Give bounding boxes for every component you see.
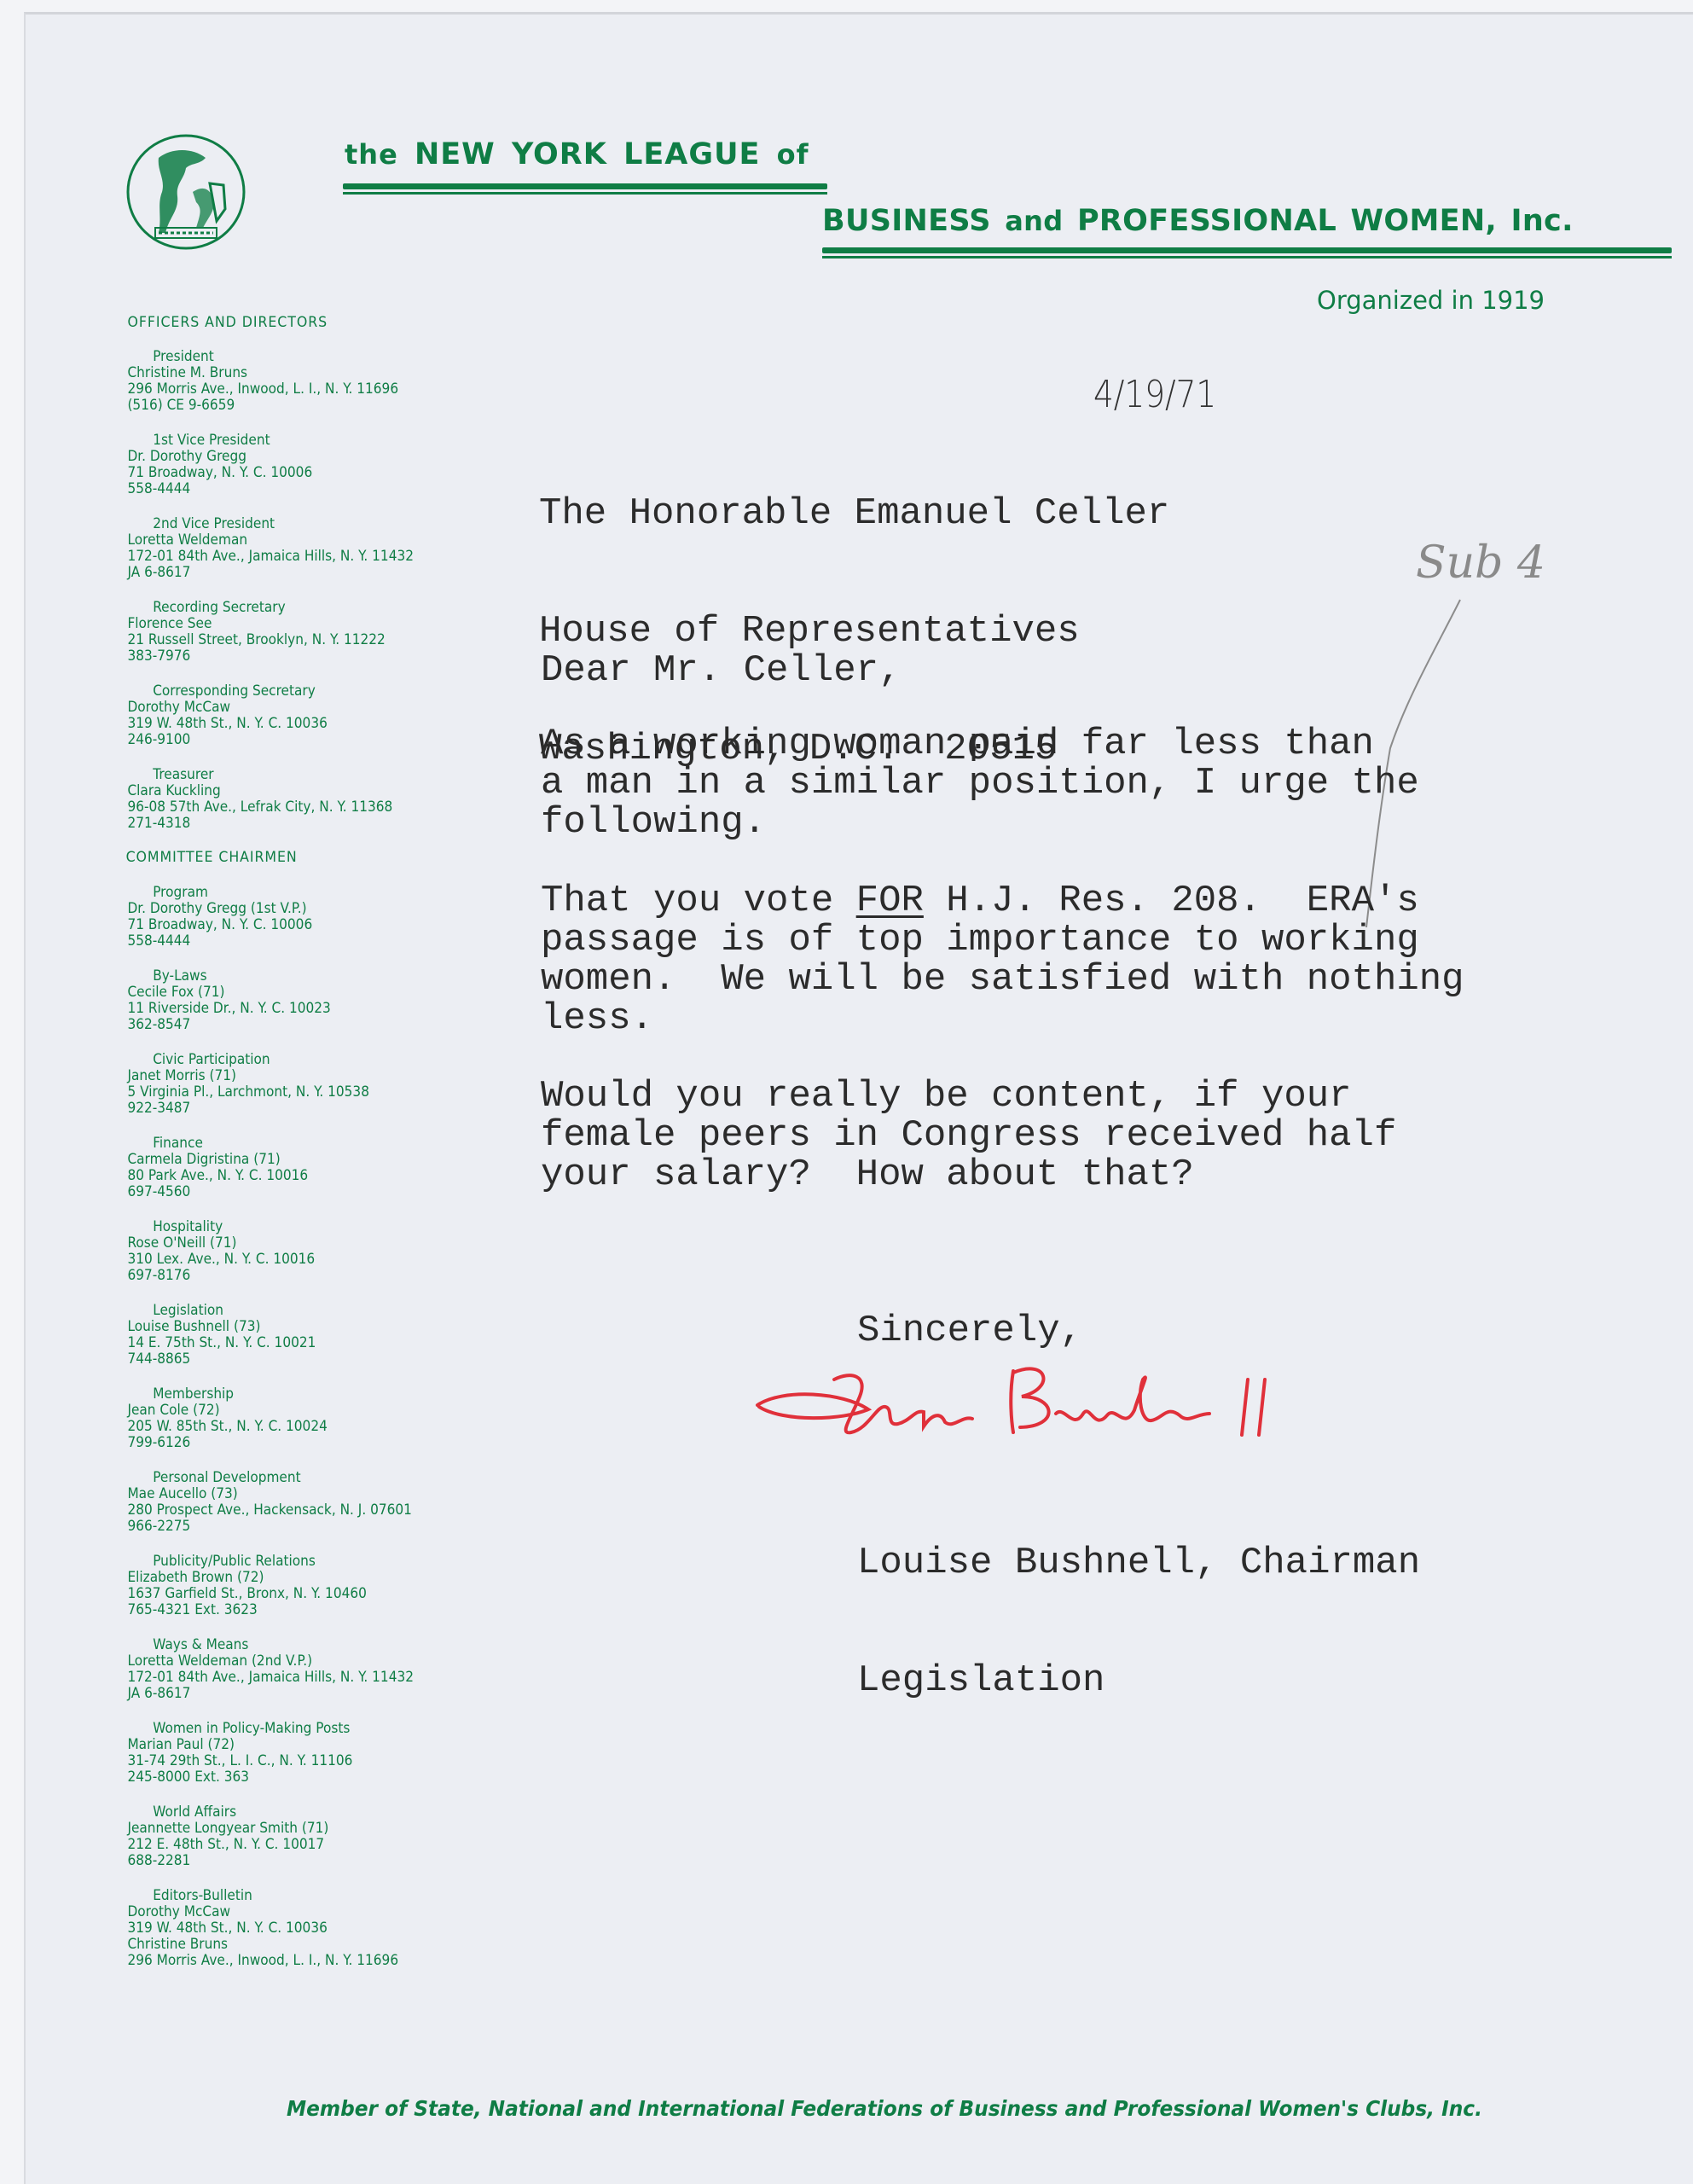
entry-phone: 744-8865	[127, 1350, 494, 1367]
entry-phone: 688-2281	[127, 1852, 494, 1868]
entry-role: 1st Vice President	[153, 432, 494, 448]
entry-role: Publicity/Public Relations	[153, 1553, 494, 1569]
entry-address: 319 W. 48th St., N. Y. C. 10036	[127, 715, 494, 731]
entry-address: 21 Russell Street, Brooklyn, N. Y. 11222	[127, 631, 494, 648]
entry-name: Jean Cole (72)	[127, 1402, 494, 1418]
entry-role: Civic Participation	[153, 1051, 494, 1067]
entry-address: 71 Broadway, N. Y. C. 10006	[127, 464, 494, 480]
entry-name: Christine M. Bruns	[127, 364, 494, 380]
entry-address: 205 W. 85th St., N. Y. C. 10024	[127, 1418, 494, 1434]
entry-phone: 922-3487	[127, 1100, 494, 1116]
entry-role: Corresponding Secretary	[153, 682, 494, 699]
entry-name: Rose O'Neill (71)	[127, 1234, 494, 1251]
emphasis-for: FOR	[856, 880, 924, 922]
entry-name: Jeannette Longyear Smith (71)	[127, 1820, 494, 1836]
editors-line: 296 Morris Ave., Inwood, L. I., N. Y. 11…	[127, 1952, 494, 1968]
entry-address: 310 Lex. Ave., N. Y. C. 10016	[127, 1251, 494, 1267]
entry-name: Carmela Digristina (71)	[127, 1151, 494, 1167]
org-prefix: the	[345, 138, 398, 171]
entry-phone: 697-8176	[127, 1267, 494, 1283]
entry-name: Dorothy McCaw	[127, 699, 494, 715]
org-name-line2: BUSINESS and PROFESSIONAL WOMEN, Inc.	[822, 204, 1574, 238]
entry-name: Loretta Weldeman	[127, 531, 494, 548]
signer-block: Louise Bushnell, Chairman Legislation	[857, 1465, 1420, 1779]
editors-role: Editors-Bulletin	[153, 1887, 494, 1903]
entry-phone: 558-4444	[127, 932, 494, 949]
sidebar-entry: 2nd Vice PresidentLoretta Weldeman172-01…	[127, 515, 494, 580]
salutation: Dear Mr. Celler,	[541, 651, 901, 690]
sidebar-entry: PresidentChristine M. Bruns296 Morris Av…	[127, 348, 494, 413]
paragraph-3: Would you really be content, if your fem…	[541, 1077, 1396, 1194]
entry-name: Cecile Fox (71)	[127, 984, 494, 1000]
entry-name: Dr. Dorothy Gregg (1st V.P.)	[127, 900, 494, 916]
closing: Sincerely,	[857, 1311, 1082, 1350]
entry-role: Membership	[153, 1385, 494, 1402]
sidebar-entry: Women in Policy-Making PostsMarian Paul …	[127, 1720, 494, 1785]
paragraph-1: As a working woman paid far less than a …	[541, 724, 1419, 842]
entry-phone: (516) CE 9-6659	[127, 397, 494, 413]
sidebar-entry: MembershipJean Cole (72)205 W. 85th St.,…	[127, 1385, 494, 1450]
entry-address: 1637 Garfield St., Bronx, N. Y. 10460	[127, 1585, 494, 1601]
entry-role: Ways & Means	[153, 1636, 494, 1653]
editors-entry: Editors-Bulletin Dorothy McCaw 319 W. 48…	[127, 1887, 494, 1968]
entry-address: 296 Morris Ave., Inwood, L. I., N. Y. 11…	[127, 380, 494, 397]
entry-address: 212 E. 48th St., N. Y. C. 10017	[127, 1836, 494, 1852]
entry-address: 11 Riverside Dr., N. Y. C. 10023	[127, 1000, 494, 1016]
entry-name: Mae Aucello (73)	[127, 1485, 494, 1501]
entry-address: 280 Prospect Ave., Hackensack, N. J. 076…	[127, 1501, 494, 1518]
entry-name: Florence See	[127, 615, 494, 631]
signer-name-title: Louise Bushnell, Chairman	[857, 1543, 1420, 1583]
entry-role: Personal Development	[153, 1469, 494, 1485]
org-name-line1: the NEW YORK LEAGUE of	[345, 137, 809, 171]
recipient-line: House of Representatives	[539, 612, 1169, 651]
entry-name: Elizabeth Brown (72)	[127, 1569, 494, 1585]
entry-role: Hospitality	[153, 1218, 494, 1234]
entry-role: Recording Secretary	[153, 599, 494, 615]
entry-address: 5 Virginia Pl., Larchmont, N. Y. 10538	[127, 1083, 494, 1100]
entry-address: 71 Broadway, N. Y. C. 10006	[127, 916, 494, 932]
entry-phone: 245-8000 Ext. 363	[127, 1769, 494, 1785]
org-line2-b: PROFESSIONAL WOMEN, Inc.	[1077, 204, 1574, 238]
sidebar-entry: ProgramDr. Dorothy Gregg (1st V.P.)71 Br…	[127, 884, 494, 949]
header-rule-top	[343, 183, 827, 195]
sidebar-entry: TreasurerClara Kuckling96-08 57th Ave., …	[127, 766, 494, 831]
sidebar-entry: Ways & MeansLoretta Weldeman (2nd V.P.)1…	[127, 1636, 494, 1701]
entry-phone: JA 6-8617	[127, 564, 494, 580]
signer-committee: Legislation	[857, 1661, 1420, 1700]
committees-list: ProgramDr. Dorothy Gregg (1st V.P.)71 Br…	[121, 884, 494, 1868]
officers-heading: OFFICERS AND DIRECTORS	[127, 315, 494, 331]
entry-role: Finance	[153, 1135, 494, 1151]
entry-role: Program	[153, 884, 494, 900]
seal-emblem-icon	[125, 132, 247, 252]
entry-name: Marian Paul (72)	[127, 1736, 494, 1752]
entry-role: Treasurer	[153, 766, 494, 782]
org-name: NEW YORK LEAGUE	[415, 137, 760, 171]
entry-phone: 799-6126	[127, 1434, 494, 1450]
entry-address: 31-74 29th St., L. I. C., N. Y. 11106	[127, 1752, 494, 1769]
letter-page: the NEW YORK LEAGUE of BUSINESS and PROF…	[24, 12, 1693, 2184]
entry-phone: JA 6-8617	[127, 1685, 494, 1701]
entry-phone: 362-8547	[127, 1016, 494, 1032]
handwritten-signature-icon	[749, 1354, 1312, 1448]
sidebar-entry: Recording SecretaryFlorence See21 Russel…	[127, 599, 494, 664]
entry-address: 96-08 57th Ave., Lefrak City, N. Y. 1136…	[127, 799, 494, 815]
entry-name: Clara Kuckling	[127, 782, 494, 799]
entry-phone: 697-4560	[127, 1183, 494, 1199]
sidebar-entry: HospitalityRose O'Neill (71)310 Lex. Ave…	[127, 1218, 494, 1283]
committee-heading: COMMITTEE CHAIRMEN	[126, 850, 495, 866]
recipient-line: The Honorable Emanuel Celler	[539, 494, 1169, 533]
org-line2-a: BUSINESS	[822, 204, 991, 238]
sidebar-entry: FinanceCarmela Digristina (71)80 Park Av…	[127, 1135, 494, 1199]
entry-address: 14 E. 75th St., N. Y. C. 10021	[127, 1334, 494, 1350]
entry-role: 2nd Vice President	[153, 515, 494, 531]
entry-role: President	[153, 348, 494, 364]
entry-role: Women in Policy-Making Posts	[153, 1720, 494, 1736]
org-of: of	[777, 138, 809, 171]
sidebar-entry: 1st Vice PresidentDr. Dorothy Gregg71 Br…	[127, 432, 494, 497]
entry-address: 172-01 84th Ave., Jamaica Hills, N. Y. 1…	[127, 1669, 494, 1685]
entry-role: World Affairs	[153, 1804, 494, 1820]
sidebar-entry: By-LawsCecile Fox (71)11 Riverside Dr., …	[127, 967, 494, 1032]
footer-membership: Member of State, National and Internatio…	[287, 2096, 1482, 2121]
sidebar-entry: Personal DevelopmentMae Aucello (73)280 …	[127, 1469, 494, 1534]
entry-name: Loretta Weldeman (2nd V.P.)	[127, 1653, 494, 1669]
sidebar-entry: World AffairsJeannette Longyear Smith (7…	[127, 1804, 494, 1868]
sidebar-entry: Publicity/Public RelationsElizabeth Brow…	[127, 1553, 494, 1618]
entry-phone: 765-4321 Ext. 3623	[127, 1601, 494, 1618]
organized-year: Organized in 1919	[1317, 286, 1545, 315]
editors-line: Christine Bruns	[127, 1936, 494, 1952]
entry-name: Dr. Dorothy Gregg	[127, 448, 494, 464]
entry-phone: 966-2275	[127, 1518, 494, 1534]
entry-phone: 246-9100	[127, 731, 494, 747]
entry-phone: 271-4318	[127, 815, 494, 831]
entry-address: 172-01 84th Ave., Jamaica Hills, N. Y. 1…	[127, 548, 494, 564]
entry-phone: 383-7976	[127, 648, 494, 664]
entry-name: Louise Bushnell (73)	[127, 1318, 494, 1334]
entry-address: 80 Park Ave., N. Y. C. 10016	[127, 1167, 494, 1183]
sidebar-entry: LegislationLouise Bushnell (73)14 E. 75t…	[127, 1302, 494, 1367]
editors-line: Dorothy McCaw	[127, 1903, 494, 1920]
entry-phone: 558-4444	[127, 480, 494, 497]
sidebar-entry: Civic ParticipationJanet Morris (71)5 Vi…	[127, 1051, 494, 1116]
entry-role: By-Laws	[153, 967, 494, 984]
entry-name: Janet Morris (71)	[127, 1067, 494, 1083]
sidebar-entry: Corresponding SecretaryDorothy McCaw319 …	[127, 682, 494, 747]
officers-list: PresidentChristine M. Bruns296 Morris Av…	[121, 348, 494, 831]
paragraph-2-start: That you vote	[541, 880, 856, 922]
letter-date: 4/19/71	[1093, 373, 1216, 416]
paragraph-2: That you vote FOR H.J. Res. 208. ERA's p…	[541, 881, 1464, 1038]
editors-line: 319 W. 48th St., N. Y. C. 10036	[127, 1920, 494, 1936]
pencil-annotation-text: Sub 4	[1416, 537, 1545, 589]
header-rule-bottom	[822, 247, 1672, 258]
entry-role: Legislation	[153, 1302, 494, 1318]
officers-sidebar: OFFICERS AND DIRECTORS PresidentChristin…	[121, 315, 494, 1987]
org-line2-and: and	[1005, 205, 1063, 237]
